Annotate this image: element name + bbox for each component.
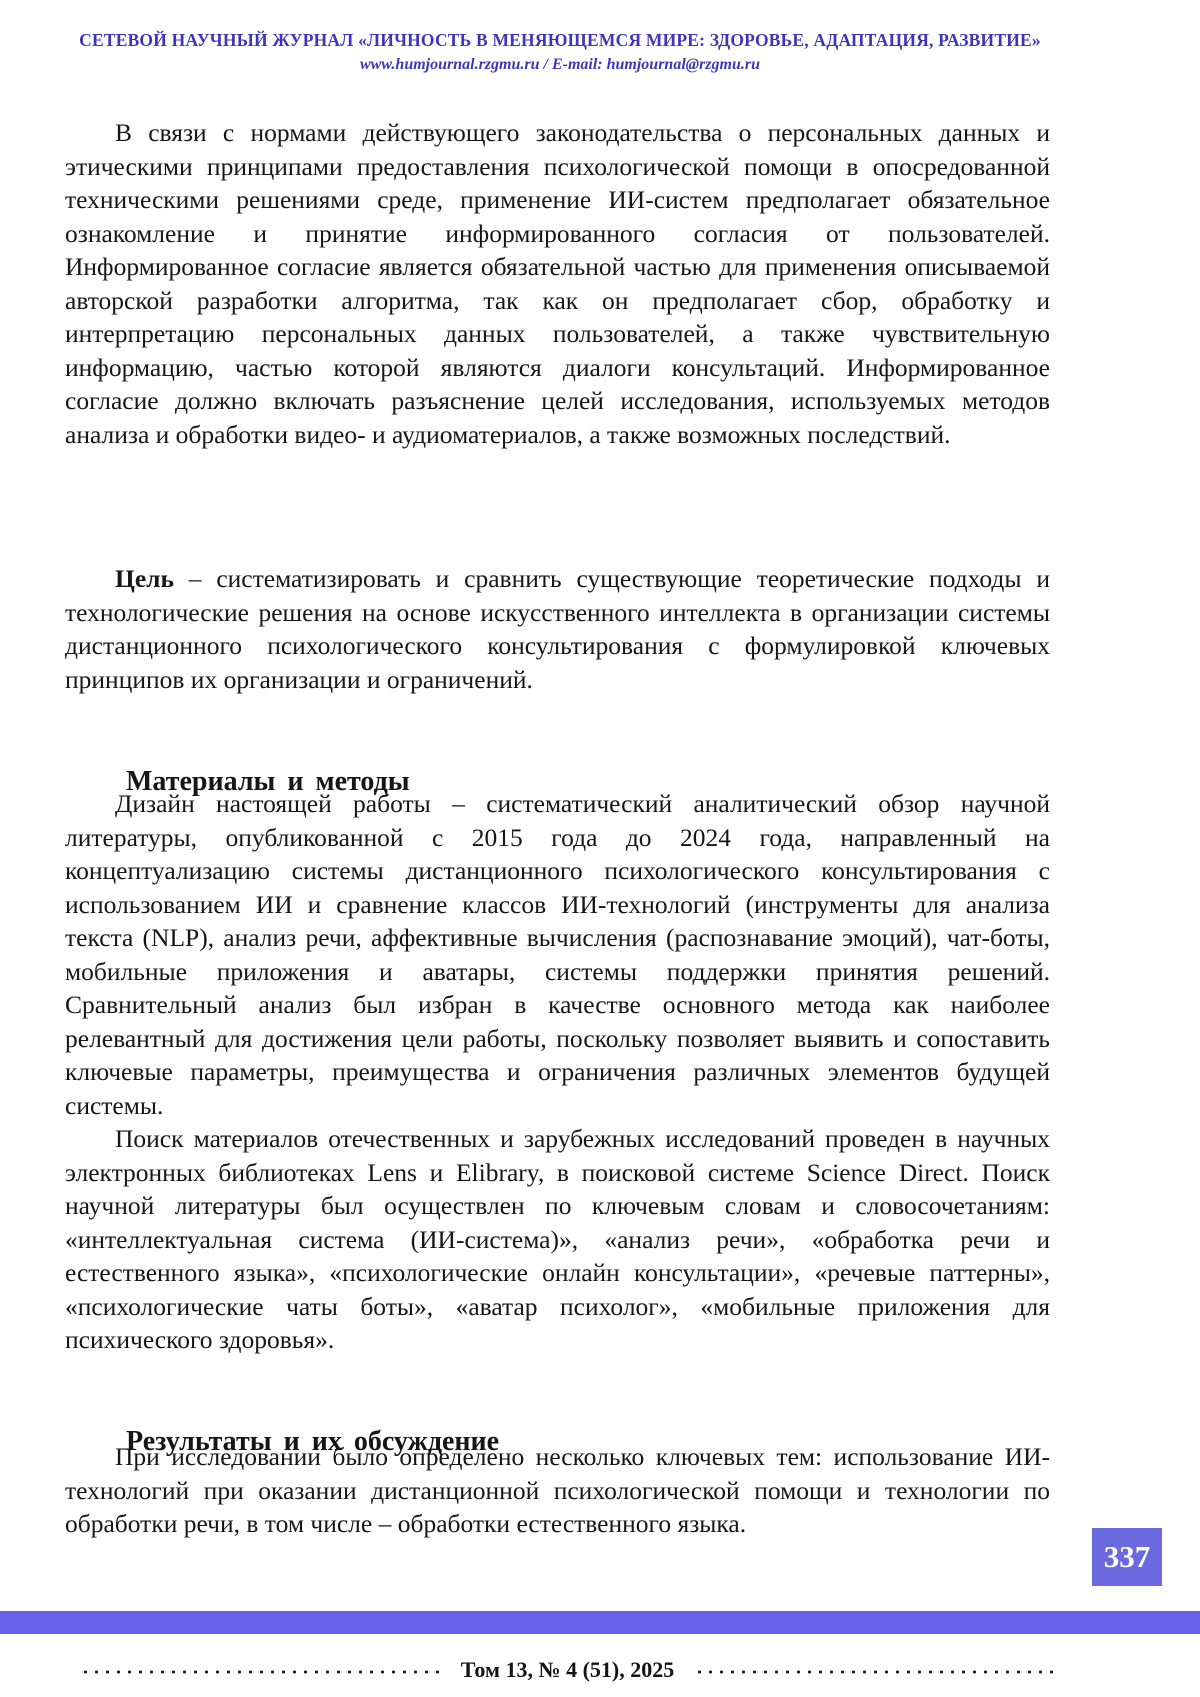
- page-number-badge: 337: [1092, 1528, 1162, 1586]
- search-paragraph: Поиск материалов отечественных и зарубеж…: [65, 1122, 1050, 1357]
- design-paragraph: Дизайн настоящей работы – систематически…: [65, 787, 1050, 1122]
- consent-paragraph-block: В связи с нормами действующего законодат…: [65, 116, 1050, 451]
- goal-paragraph-block: Цель – систематизировать и сравнить суще…: [65, 562, 1050, 696]
- footer-dotted-line-right: [694, 1670, 1055, 1674]
- footer-dotted-line-left: [80, 1670, 441, 1674]
- results-paragraph: При исследовании было определено несколь…: [65, 1440, 1050, 1541]
- page-number: 337: [1104, 1539, 1151, 1575]
- goal-text: – систематизировать и сравнить существую…: [65, 564, 1050, 694]
- journal-contacts: www.humjournal.rzgmu.ru / E-mail: humjou…: [55, 56, 1065, 74]
- goal-lead-word: Цель: [115, 564, 174, 593]
- results-paragraph-block: При исследовании было определено несколь…: [65, 1440, 1050, 1541]
- issue-info: Том 13, № 4 (51), 2025: [461, 1657, 675, 1683]
- methods-paragraphs-block: Дизайн настоящей работы – систематически…: [65, 787, 1050, 1357]
- footer-accent-bar: [0, 1611, 1200, 1634]
- consent-paragraph: В связи с нормами действующего законодат…: [65, 116, 1050, 451]
- goal-paragraph: Цель – систематизировать и сравнить суще…: [65, 562, 1050, 696]
- journal-title: СЕТЕВОЙ НАУЧНЫЙ ЖУРНАЛ «ЛИЧНОСТЬ В МЕНЯЮ…: [55, 30, 1065, 51]
- journal-header: СЕТЕВОЙ НАУЧНЫЙ ЖУРНАЛ «ЛИЧНОСТЬ В МЕНЯЮ…: [55, 30, 1065, 74]
- page-footer: Том 13, № 4 (51), 2025: [80, 1652, 1055, 1688]
